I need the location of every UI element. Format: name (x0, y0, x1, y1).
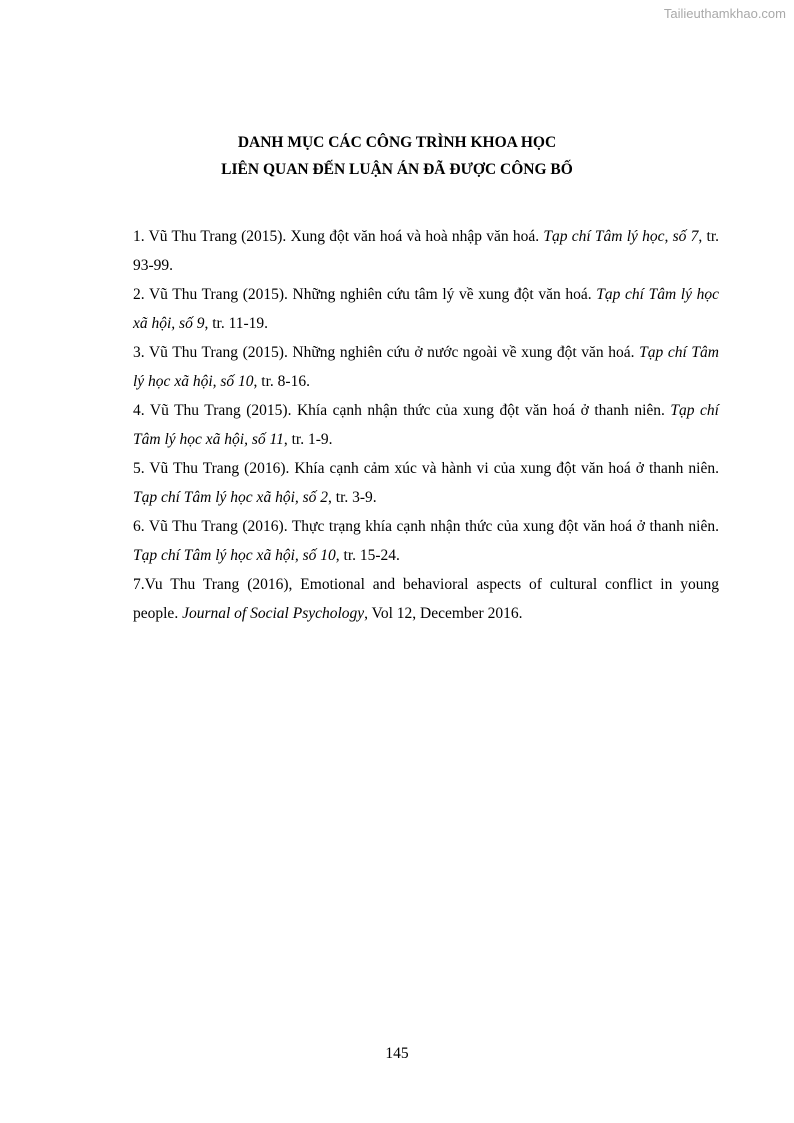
reference-pages: , tr. 1-9. (284, 431, 333, 448)
reference-journal: Tạp chí Tâm lý học xã hội, số 2 (133, 489, 328, 506)
reference-text: Vũ Thu Trang (2016). Khía cạnh cảm xúc v… (149, 460, 719, 477)
reference-item: 4. Vũ Thu Trang (2015). Khía cạnh nhận t… (133, 396, 719, 454)
page-title-line-2: LIÊN QUAN ĐẾN LUẬN ÁN ĐÃ ĐƯỢC CÔNG BỐ (0, 156, 794, 183)
reference-item: 6. Vũ Thu Trang (2016). Thực trạng khía … (133, 512, 719, 570)
reference-journal: Tạp chí Tâm lý học xã hội, số 10 (133, 547, 336, 564)
reference-journal: Journal of Social Psychology (182, 605, 364, 622)
reference-text: Vũ Thu Trang (2016). Thực trạng khía cạn… (149, 518, 719, 535)
reference-pages: , tr. 11-19. (204, 315, 268, 332)
reference-pages: , tr. 3-9. (328, 489, 377, 506)
reference-number: 3. (133, 344, 145, 361)
page-title-line-1: DANH MỤC CÁC CÔNG TRÌNH KHOA HỌC (0, 129, 794, 156)
reference-item: 1. Vũ Thu Trang (2015). Xung đột văn hoá… (133, 222, 719, 280)
reference-number: 6. (133, 518, 145, 535)
reference-text: Vũ Thu Trang (2015). Khía cạnh nhận thức… (150, 402, 671, 419)
reference-text: Vũ Thu Trang (2015). Xung đột văn hoá và… (149, 228, 544, 245)
reference-pages: , tr. 15-24. (336, 547, 400, 564)
reference-item: 7.Vu Thu Trang (2016), Emotional and beh… (133, 570, 719, 628)
page-number: 145 (0, 1045, 794, 1063)
reference-item: 5. Vũ Thu Trang (2016). Khía cạnh cảm xú… (133, 454, 719, 512)
reference-number: 7. (133, 576, 145, 593)
reference-item: 3. Vũ Thu Trang (2015). Những nghiên cứu… (133, 338, 719, 396)
reference-number: 2. (133, 286, 145, 303)
reference-number: 5. (133, 460, 145, 477)
reference-item: 2. Vũ Thu Trang (2015). Những nghiên cứu… (133, 280, 719, 338)
reference-journal: Tạp chí Tâm lý học, số 7 (543, 228, 698, 245)
reference-pages: , tr. 8-16. (254, 373, 310, 390)
reference-text: Vũ Thu Trang (2015). Những nghiên cứu tâ… (149, 286, 596, 303)
watermark: Tailieuthamkhao.com (664, 6, 786, 21)
reference-list: 1. Vũ Thu Trang (2015). Xung đột văn hoá… (133, 222, 719, 628)
reference-text: Vũ Thu Trang (2015). Những nghiên cứu ở … (149, 344, 639, 361)
reference-number: 1. (133, 228, 145, 245)
reference-number: 4. (133, 402, 145, 419)
reference-pages: , Vol 12, December 2016. (364, 605, 522, 622)
